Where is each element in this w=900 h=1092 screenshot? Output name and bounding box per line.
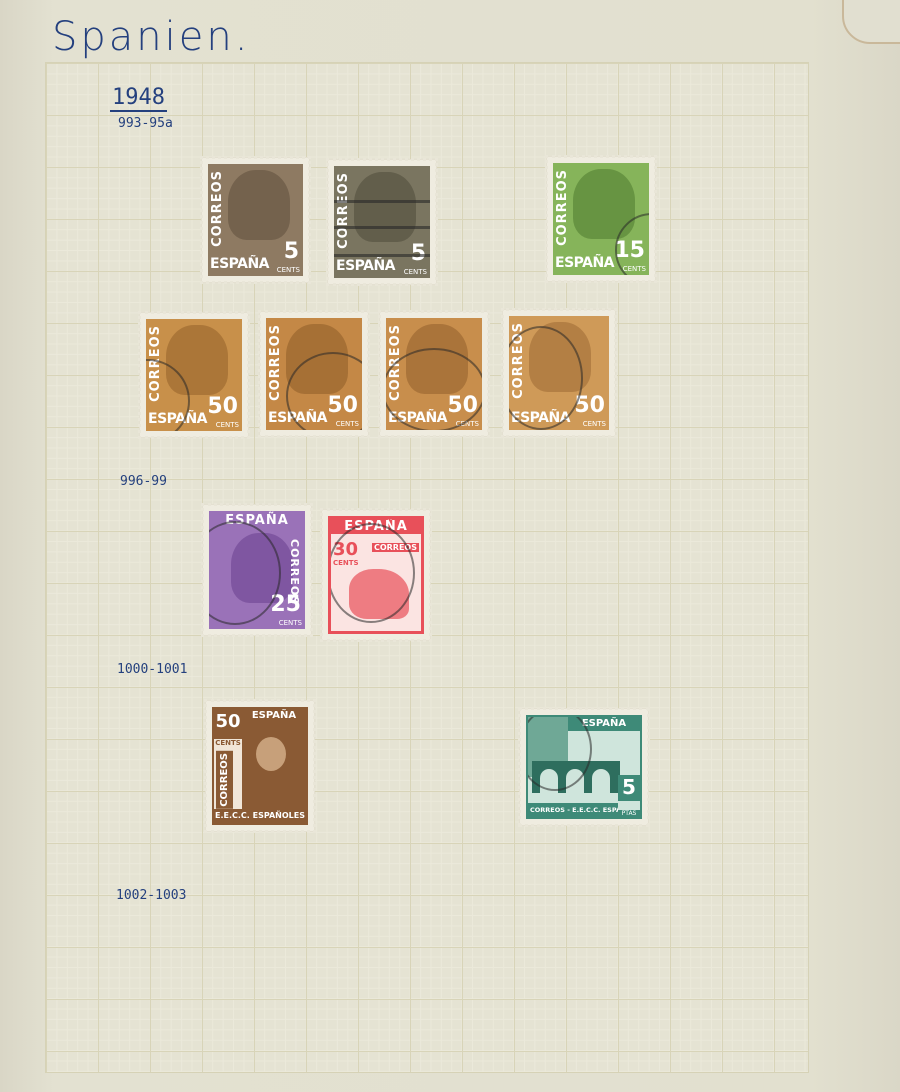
stamp-30c-red[interactable]: ESPAÑA 30 CENTS CORREOS <box>322 510 430 640</box>
stamp-franco-5c[interactable]: CORREOS ESPAÑA 5 CENTS <box>328 160 436 284</box>
stamp-side-text: CORREOS <box>372 543 419 552</box>
stamp-value: 50 <box>574 393 605 418</box>
album-page-corner-hinge <box>842 0 900 44</box>
stamp-unit: CENTS <box>333 559 359 567</box>
stamp-value: 50 <box>447 393 478 418</box>
stamp-unit: CENTS <box>336 420 359 428</box>
stamp-franco-50c[interactable]: CORREOS ESPAÑA 50 CENTS <box>380 312 488 436</box>
page-title: Spanien. <box>52 14 250 60</box>
stamp-vertical-text: CORREOS <box>511 322 526 399</box>
portrait-icon <box>573 169 635 239</box>
stamp-vertical-text: CORREOS <box>210 170 225 247</box>
portrait-face <box>256 737 286 771</box>
stamp-25c-violet[interactable]: ESPAÑA CORREOS 25 CENTS <box>203 505 311 635</box>
stamp-unit: CENTS <box>456 420 479 428</box>
stamp-vertical-text: CORREOS <box>336 172 351 249</box>
stamp-design: ESPAÑA CORREOS 25 CENTS <box>209 511 305 629</box>
stamp-design: 50 ESPAÑA CENTS CORREOS E.E.C.C. ESPAÑOL… <box>212 707 308 825</box>
stamp-vertical-text: CORREOS <box>388 324 403 401</box>
stamp-design: CORREOS ESPAÑA 50 CENTS <box>266 318 362 430</box>
portrait-icon <box>529 322 591 392</box>
bridge-illustration <box>532 761 620 793</box>
stamp-vertical-text: CORREOS <box>268 324 283 401</box>
stamp-country-text: ESPAÑA <box>148 411 207 427</box>
cancel-bar <box>334 226 430 229</box>
stamp-design: ESPAÑA 5 PTAS CORREOS - E.E.C.C. ESPAÑOL… <box>526 715 642 819</box>
stamp-value: 50 <box>327 393 358 418</box>
portrait-icon <box>354 172 416 242</box>
stamp-design: ESPAÑA 30 CENTS CORREOS <box>328 516 424 634</box>
section-year: 1948 <box>110 86 167 112</box>
stamp-country-text: ESPAÑA <box>210 256 269 272</box>
stamp-bottom-text: CORREOS - E.E.C.C. ESPAÑOLES <box>528 803 618 817</box>
stamp-country-text: ESPAÑA <box>242 709 306 723</box>
stamp-design: CORREOS ESPAÑA 5 CENTS <box>208 164 303 276</box>
stamp-country-text: ESPAÑA <box>568 717 640 731</box>
stamp-unit: CENTS <box>214 739 242 747</box>
stamp-value: 50 <box>214 709 242 739</box>
stamp-unit: CENTS <box>279 619 302 627</box>
stamp-unit: PTAS <box>618 810 640 817</box>
stamp-value: 50 <box>207 394 238 419</box>
stamp-value: 30 <box>333 539 358 560</box>
portrait-icon <box>406 324 468 394</box>
stamp-country-text: ESPAÑA <box>209 513 305 528</box>
portrait-icon <box>166 325 228 395</box>
stamp-design: CORREOS ESPAÑA 50 CENTS <box>509 316 609 430</box>
stamp-unit: CENTS <box>623 265 646 273</box>
stamp-country-text: ESPAÑA <box>555 255 614 271</box>
stamp-franco-15c[interactable]: CORREOS ESPAÑA 15 CENTS <box>547 157 655 281</box>
stamp-vertical-text: CORREOS <box>148 325 163 402</box>
stamp-franco-50c[interactable]: CORREOS ESPAÑA 50 CENTS <box>140 313 248 437</box>
horseman-illustration <box>349 569 409 619</box>
stamp-country-text: ESPAÑA <box>336 258 395 274</box>
stamp-design: CORREOS ESPAÑA 50 CENTS <box>386 318 482 430</box>
stamp-country-text: ESPAÑA <box>388 410 447 426</box>
catalog-range-label: 996-99 <box>120 474 167 489</box>
stamp-unit: CENTS <box>277 266 300 274</box>
stamp-value: 15 <box>614 238 645 263</box>
stamp-vertical-text: CORREOS <box>216 751 233 809</box>
stamp-country-text: ESPAÑA <box>268 410 327 426</box>
catalog-range-label: 1002-1003 <box>116 888 186 903</box>
stamp-franco-5c[interactable]: CORREOS ESPAÑA 5 CENTS <box>202 158 309 282</box>
catalog-range-label: 993-95a <box>118 116 173 131</box>
stamp-country-text: ESPAÑA <box>331 519 421 534</box>
stamp-value: 5 <box>284 239 299 264</box>
stamp-design: CORREOS ESPAÑA 15 CENTS <box>553 163 649 275</box>
stamp-design: CORREOS ESPAÑA 50 CENTS <box>146 319 242 431</box>
stamp-bottom-text: E.E.C.C. ESPAÑOLES <box>214 809 306 823</box>
catalog-range-label: 1000-1001 <box>117 662 187 677</box>
stamp-value: 25 <box>270 592 301 617</box>
stamp-unit: CENTS <box>583 420 606 428</box>
cancel-bar <box>334 254 430 257</box>
cancel-bar <box>334 200 430 203</box>
stamp-vertical-text: CORREOS <box>555 169 570 246</box>
portrait-icon <box>286 324 348 394</box>
portrait-icon <box>228 170 290 240</box>
stamp-franco-50c[interactable]: CORREOS ESPAÑA 50 CENTS <box>260 312 368 436</box>
stamp-value: 5 <box>618 775 640 801</box>
stamp-country-text: ESPAÑA <box>511 410 570 426</box>
stamp-design: CORREOS ESPAÑA 5 CENTS <box>334 166 430 278</box>
stamp-unit: CENTS <box>216 421 239 429</box>
stamp-50c-brown-portrait[interactable]: 50 ESPAÑA CENTS CORREOS E.E.C.C. ESPAÑOL… <box>206 701 314 831</box>
stamp-unit: CENTS <box>404 268 427 276</box>
stamp-5ptas-green-bridge[interactable]: ESPAÑA 5 PTAS CORREOS - E.E.C.C. ESPAÑOL… <box>520 709 648 825</box>
stamp-franco-50c[interactable]: CORREOS ESPAÑA 50 CENTS <box>503 310 615 436</box>
